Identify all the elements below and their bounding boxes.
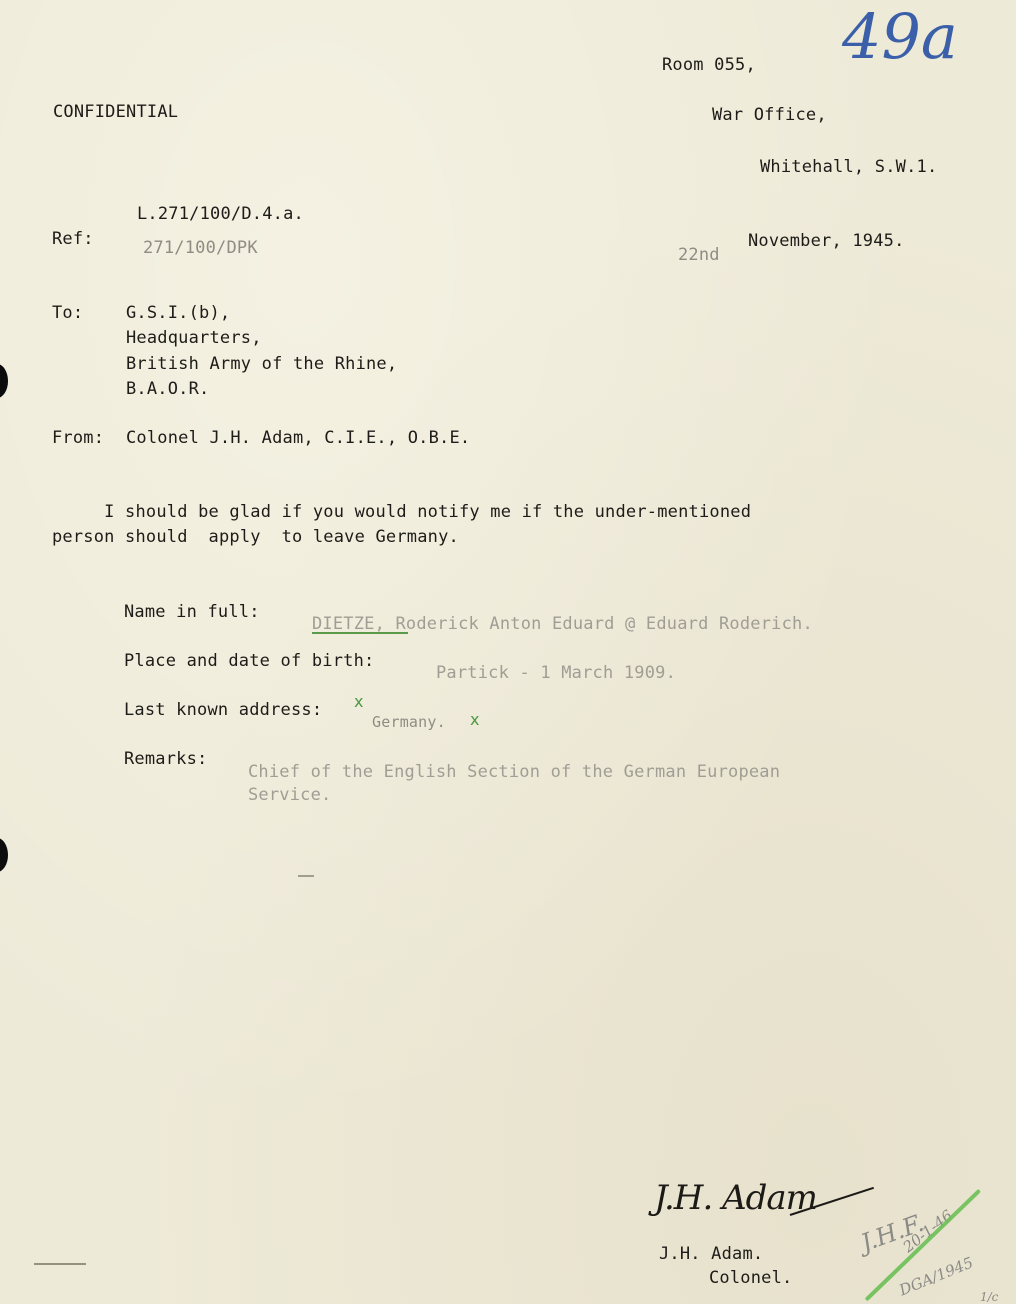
to-label: To: [52,301,83,326]
green-check-mark: x [354,692,363,711]
to-line: B.A.O.R. [126,377,209,402]
from-value: Colonel J.H. Adam, C.I.E., O.B.E. [126,426,470,451]
to-line: G.S.I.(b), [126,301,230,326]
body-line-1: I should be glad if you would notify me … [52,500,751,525]
date-day: 22nd [678,243,720,268]
typed-signature-rank: Colonel. [709,1266,792,1291]
reference-2: 271/100/DPK [143,236,258,261]
folio-number: 49a [842,6,958,68]
birth-value: Partick - 1 March 1909. [436,661,676,686]
remarks-label: Remarks: [124,747,207,772]
remarks-line-1: Chief of the English Section of the Germ… [248,760,780,785]
typed-signature-name: J.H. Adam. [659,1242,763,1267]
reference-1: L.271/100/D.4.a. [137,202,304,227]
birth-label: Place and date of birth: [124,649,374,674]
address-room: Room 055, [662,53,756,78]
reference-label: Ref: [52,227,94,252]
body-line-2: person should apply to leave Germany. [52,525,459,550]
address-value: Germany. [372,710,446,735]
address-office: War Office, [712,103,827,128]
name-label: Name in full: [124,600,260,625]
green-check-mark: x [470,710,479,729]
date-month-year: November, 1945. [748,229,905,254]
stray-mark [34,1263,86,1265]
green-underline-mark [312,632,408,634]
address-label: Last known address: [124,698,322,723]
address-street: Whitehall, S.W.1. [760,155,937,180]
pencil-extra: 1/c [980,1290,998,1304]
remarks-line-2: Service. [248,783,331,808]
classification-label: CONFIDENTIAL [53,100,178,125]
stray-mark [298,875,314,877]
to-line: British Army of the Rhine, [126,352,397,377]
to-line: Headquarters, [126,326,262,351]
folio-number-text: 49a [842,0,958,73]
from-label: From: [52,426,104,451]
